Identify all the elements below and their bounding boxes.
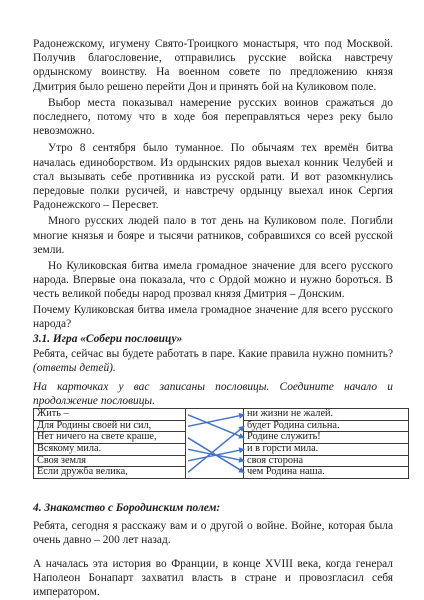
proverb-end-cell: Родине служить! xyxy=(244,432,409,444)
paragraph-battle-site: Выбор места показывал намерение русских … xyxy=(33,96,393,139)
connection-line xyxy=(188,415,244,438)
paragraph-morning-duel: Утро 8 сентября было туманное. По обычая… xyxy=(33,141,393,212)
paragraph-battle-significance: Но Куликовская битва имела громадное зна… xyxy=(33,259,393,302)
proverb-end-cell: чем Родина наша. xyxy=(244,467,409,479)
proverb-end-cell: будет Родина сильна. xyxy=(244,420,409,432)
proverb-start-cell: Всякому мила. xyxy=(34,444,186,456)
proverb-start-cell: Для Родины своей ни сил, xyxy=(34,420,186,432)
paragraph-another-war: Ребята, сегодня я расскажу вам и о друго… xyxy=(33,519,393,547)
connections-cell xyxy=(186,409,244,479)
paragraph-pair-work: Ребята, сейчас вы будете работать в паре… xyxy=(33,347,393,375)
table-row: Жить –ни жизни не жалей. xyxy=(34,409,409,421)
proverb-start-cell: Жить – xyxy=(34,409,186,421)
paragraph-question: Почему Куликовская битва имела громадное… xyxy=(33,303,393,331)
proverb-end-cell: своя сторона xyxy=(244,455,409,467)
section-heading-proverb-game: 3.1. Игра «Собери пословицу» xyxy=(33,332,393,346)
connection-line xyxy=(188,426,244,472)
paragraph-fallen-warriors: Много русских людей пало в тот день на К… xyxy=(33,214,393,257)
paragraph-napoleon: А началась эта история во Франции, в кон… xyxy=(33,557,393,600)
connection-line xyxy=(188,415,244,427)
proverbs-table-body: Жить –ни жизни не жалей.Для Родины своей… xyxy=(34,409,409,479)
paragraph-kulikovo-blessing: Радонежскому, игумену Свято-Троицкого мо… xyxy=(33,37,393,94)
proverb-start-cell: Своя земля xyxy=(34,455,186,467)
proverb-end-cell: ни жизни не жалей. xyxy=(244,409,409,421)
document-page: Радонежскому, игумену Свято-Троицкого мо… xyxy=(0,0,424,600)
section-heading-borodino: 4. Знакомство с Бородинским полем: xyxy=(33,501,393,515)
proverb-end-cell: и в горсти мила. xyxy=(244,444,409,456)
proverbs-table: Жить –ни жизни не жалей.Для Родины своей… xyxy=(33,408,409,479)
paragraph-cards-instruction: На карточках у вас записаны пословицы. С… xyxy=(33,380,393,408)
proverb-start-cell: Если дружба велика, xyxy=(34,467,186,479)
connection-lines xyxy=(189,409,241,478)
teacher-note-italic: (ответы детей). xyxy=(33,362,116,374)
pair-work-text: Ребята, сейчас вы будете работать в паре… xyxy=(33,348,393,360)
proverb-start-cell: Нет ничего на свете краше, xyxy=(34,432,186,444)
